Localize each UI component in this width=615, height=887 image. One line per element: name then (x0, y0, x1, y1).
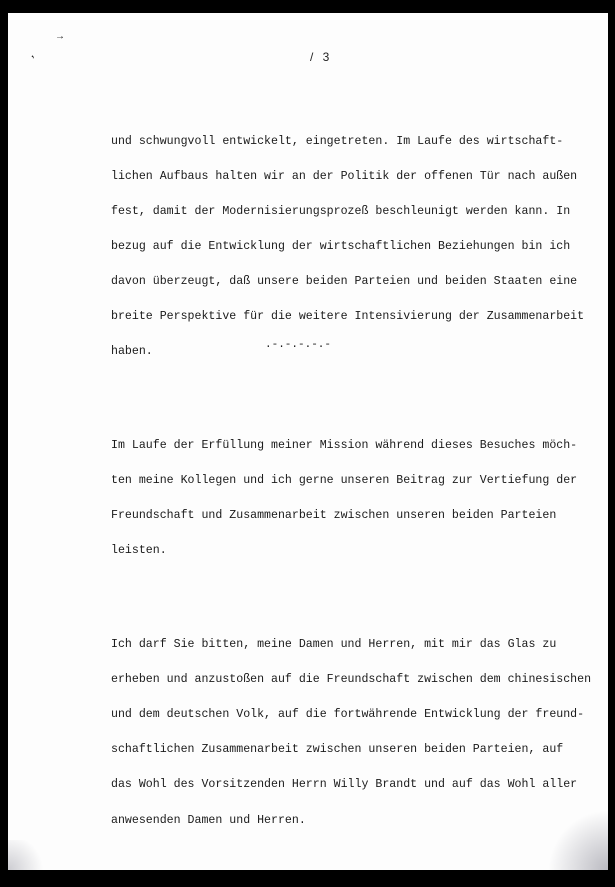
text-line: und dem deutschen Volk, auf die fortwähr… (111, 709, 601, 721)
margin-arrow-mark: → (55, 31, 65, 42)
text-line: das Wohl des Vorsitzenden Herrn Willy Br… (111, 779, 601, 791)
text-line: davon überzeugt, daß unsere beiden Parte… (111, 276, 601, 288)
text-line: leisten. (111, 545, 601, 557)
text-line: erheben und anzustoßen auf die Freundsch… (111, 674, 601, 686)
text-line: und schwungvoll entwickelt, eingetreten.… (111, 136, 601, 148)
text-line: schaftlichen Zusammenarbeit zwischen uns… (111, 744, 601, 756)
text-line: ten meine Kollegen und ich gerne unseren… (111, 475, 601, 487)
paragraph-2: Im Laufe der Erfüllung meiner Mission wä… (111, 417, 601, 581)
text-line: fest, damit der Modernisierungsprozeß be… (111, 206, 601, 218)
page-number: / 3 (310, 50, 332, 64)
text-line: bezug auf die Entwicklung der wirtschaft… (111, 241, 601, 253)
text-line: haben. (111, 346, 601, 358)
paragraph-1: und schwungvoll entwickelt, eingetreten.… (111, 112, 601, 381)
margin-tick-mark: ʼ (30, 54, 38, 65)
scan-noise-corner (548, 810, 608, 870)
text-line: Ich darf Sie bitten, meine Damen und Her… (111, 639, 601, 651)
text-line: anwesenden Damen und Herren. (111, 815, 601, 827)
document-body: und schwungvoll entwickelt, eingetreten.… (111, 89, 601, 885)
scan-noise-corner (8, 840, 48, 870)
closing-separator: .-.-.-.-.- (265, 339, 331, 351)
text-line: lichen Aufbaus halten wir an der Politik… (111, 171, 601, 183)
text-line: Freundschaft und Zusammenarbeit zwischen… (111, 510, 601, 522)
paragraph-3: Ich darf Sie bitten, meine Damen und Her… (111, 616, 601, 850)
text-line: Im Laufe der Erfüllung meiner Mission wä… (111, 440, 601, 452)
document-page: → ʼ / 3 und schwungvoll entwickelt, eing… (8, 13, 608, 870)
text-line: breite Perspektive für die weitere Inten… (111, 311, 601, 323)
